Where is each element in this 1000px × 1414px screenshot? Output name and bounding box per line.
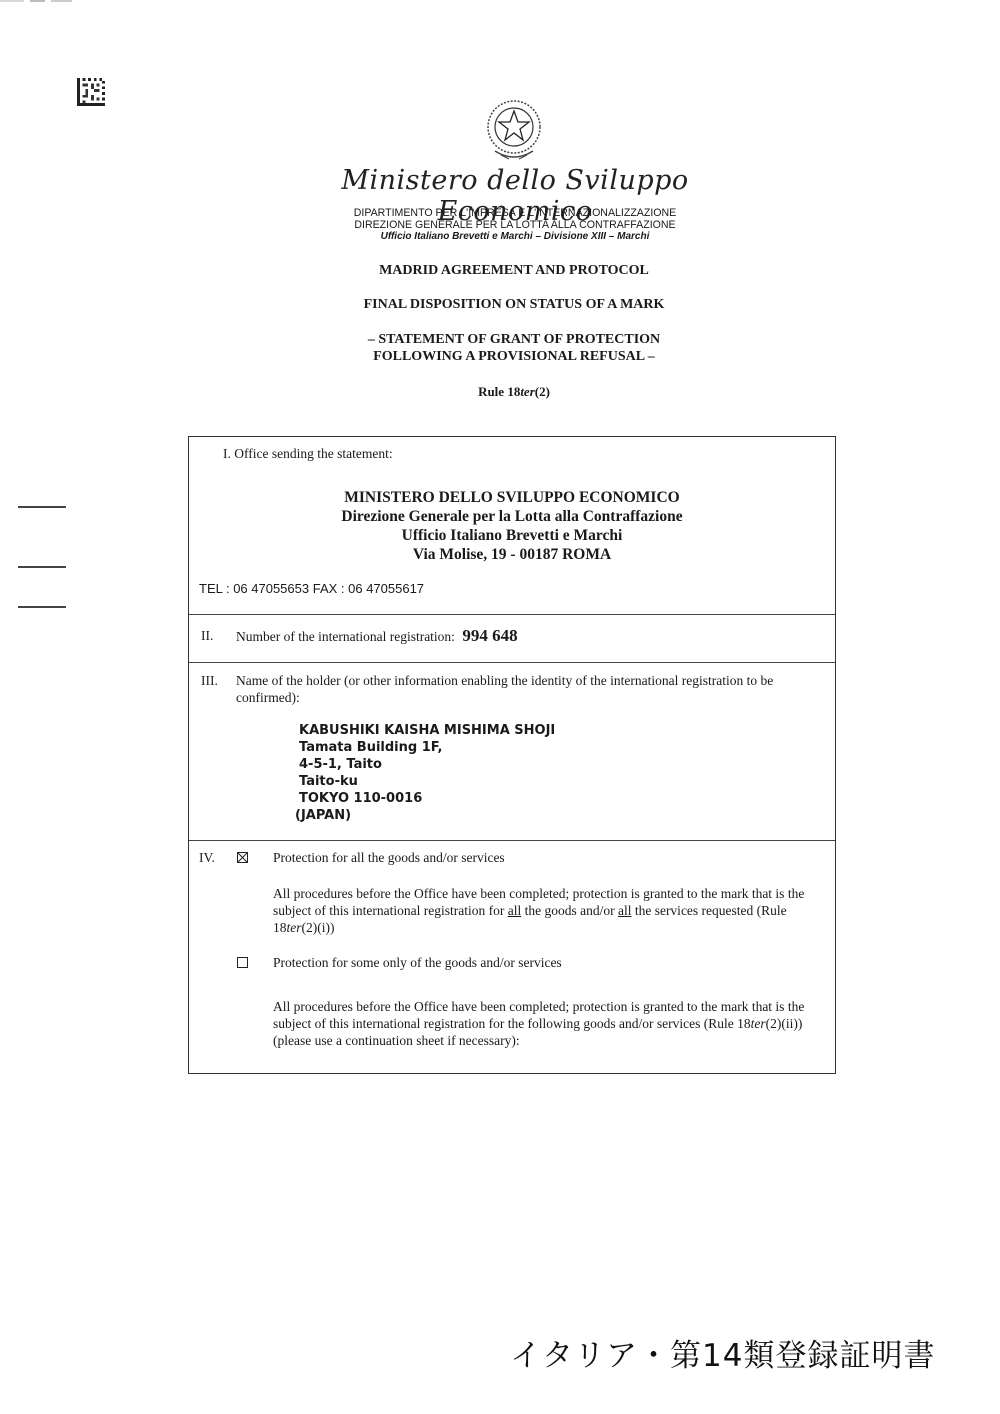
office-address: Via Molise, 19 - 00187 ROMA — [189, 545, 835, 564]
office-division: Ufficio Italiano Brevetti e Marchi — [189, 526, 835, 545]
italian-republic-emblem-icon — [483, 97, 545, 165]
document-title: MADRID AGREEMENT AND PROTOCOL — [250, 263, 778, 279]
section-3-label: Name of the holder (or other information… — [236, 672, 826, 706]
registration-number-row: Number of the international registration… — [236, 627, 518, 645]
margin-punch-mark — [18, 506, 66, 508]
scan-artifact — [0, 0, 300, 2]
holder-city: TOKYO 110-0016 — [299, 790, 422, 807]
protection-some-text: All procedures before the Office have be… — [273, 998, 818, 1049]
section-divider — [189, 614, 835, 615]
statement-form: I. Office sending the statement: MINISTE… — [188, 436, 836, 1074]
office-name: MINISTERO DELLO SVILUPPO ECONOMICO — [189, 488, 835, 507]
datamatrix-barcode-icon — [76, 78, 106, 106]
protection-some-label: Protection for some only of the goods an… — [273, 954, 562, 971]
section-1-label: I. Office sending the statement: — [223, 445, 393, 462]
holder-address-line: Tamata Building 1F, — [299, 739, 443, 756]
office-line: Ufficio Italiano Brevetti e Marchi – Div… — [300, 231, 730, 243]
document-subtitle: FINAL DISPOSITION ON STATUS OF A MARK — [250, 297, 778, 313]
section-4-numeral: IV. — [199, 849, 215, 866]
section-divider — [189, 662, 835, 663]
section-2-label: Number of the international registration… — [236, 629, 455, 644]
directorate-line: DIREZIONE GENERALE PER LA LOTTA ALLA CON… — [300, 219, 730, 231]
statement-title-cont: FOLLOWING A PROVISIONAL REFUSAL – — [250, 349, 778, 365]
section-3-numeral: III. — [201, 672, 218, 689]
statement-title: – STATEMENT OF GRANT OF PROTECTION — [250, 332, 778, 348]
registration-number: 994 648 — [462, 626, 517, 645]
holder-address-line: Taito-ku — [299, 773, 358, 790]
margin-punch-mark — [18, 606, 66, 608]
protection-all-text: All procedures before the Office have be… — [273, 885, 818, 936]
document-caption: イタリア・第14類登録証明書 — [510, 1330, 935, 1375]
holder-country: (JAPAN) — [295, 807, 351, 824]
office-directorate: Direzione Generale per la Lotta alla Con… — [189, 507, 835, 526]
margin-punch-mark — [18, 566, 66, 568]
protection-some-checkbox[interactable] — [237, 957, 248, 968]
holder-address-line: 4-5-1, Taito — [299, 756, 382, 773]
protection-all-checkbox[interactable] — [237, 852, 248, 863]
section-2-numeral: II. — [201, 627, 213, 644]
department-line: DIPARTIMENTO PER L'IMPRESA E L'INTERNAZI… — [300, 207, 730, 219]
rule-reference: Rule 18ter(2) — [250, 384, 778, 400]
office-contact: TEL : 06 47055653 FAX : 06 47055617 — [199, 581, 424, 596]
protection-all-label: Protection for all the goods and/or serv… — [273, 849, 505, 866]
holder-name: KABUSHIKI KAISHA MISHIMA SHOJI — [299, 722, 555, 739]
section-divider — [189, 840, 835, 841]
